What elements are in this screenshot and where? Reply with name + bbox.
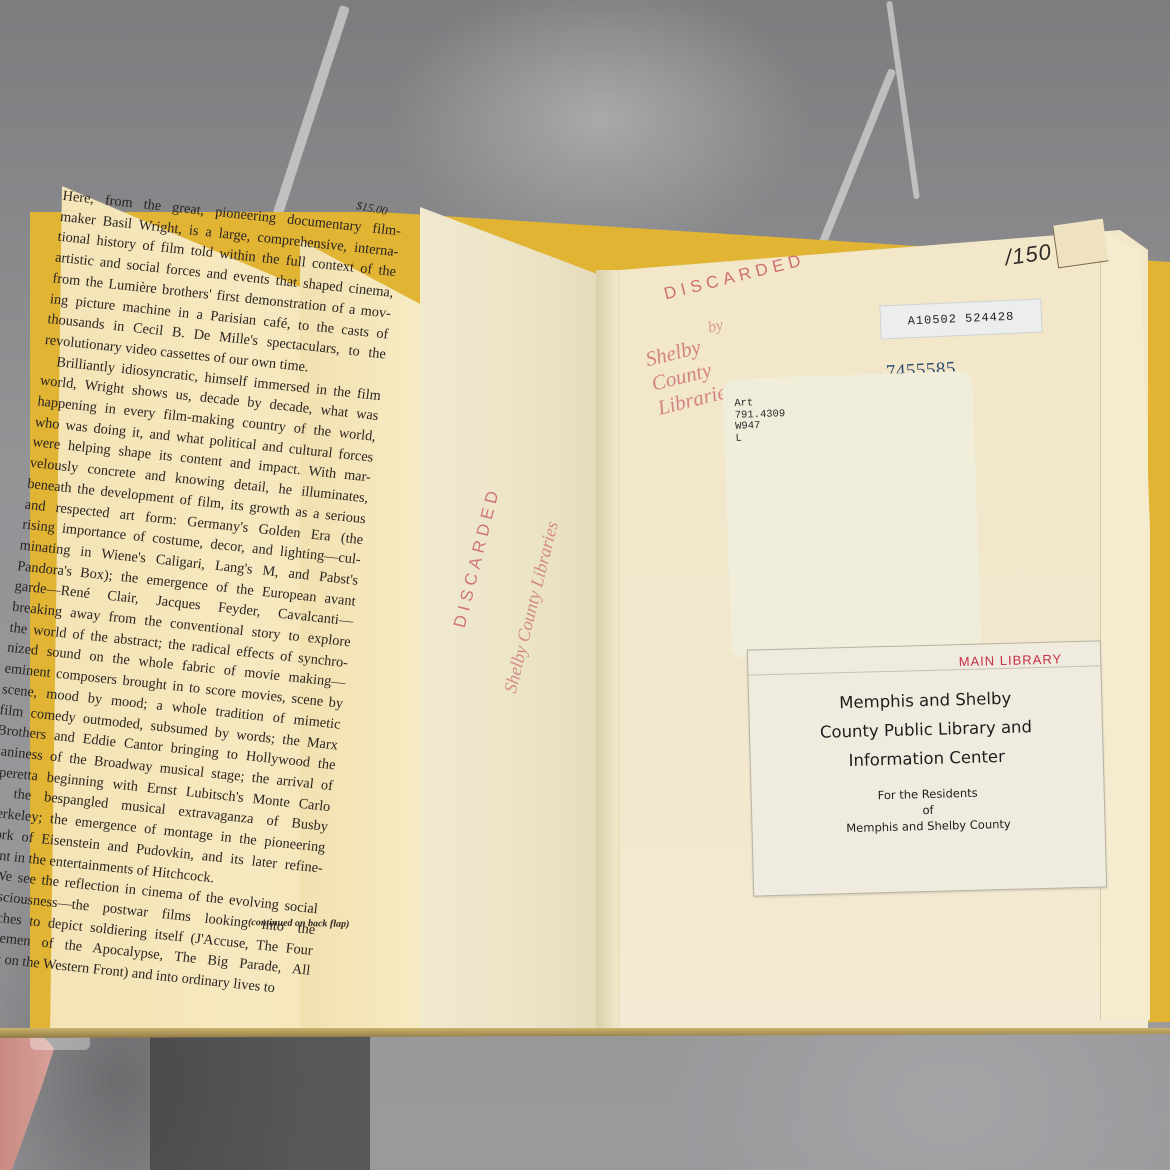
call-number: Art791.4309W947L	[734, 397, 786, 445]
call-number-line: L	[735, 432, 786, 445]
shadow-under-book	[150, 1030, 370, 1170]
library-name: Memphis and ShelbyCounty Public Library …	[749, 681, 1103, 777]
library-subtitle: For the ResidentsofMemphis and Shelby Co…	[752, 781, 1105, 838]
corner-fold	[1052, 219, 1108, 269]
library-card-pocket: MAIN LIBRARY Memphis and ShelbyCounty Pu…	[747, 640, 1107, 896]
branch-stamp: MAIN LIBRARY	[959, 651, 1063, 669]
pocket-flap-line	[748, 665, 1100, 675]
page-edge	[1100, 230, 1151, 1020]
front-endpaper	[420, 207, 600, 1029]
barcode-label: A10502 524428	[879, 298, 1042, 339]
continued-note: (continued on back flap)	[248, 917, 350, 930]
